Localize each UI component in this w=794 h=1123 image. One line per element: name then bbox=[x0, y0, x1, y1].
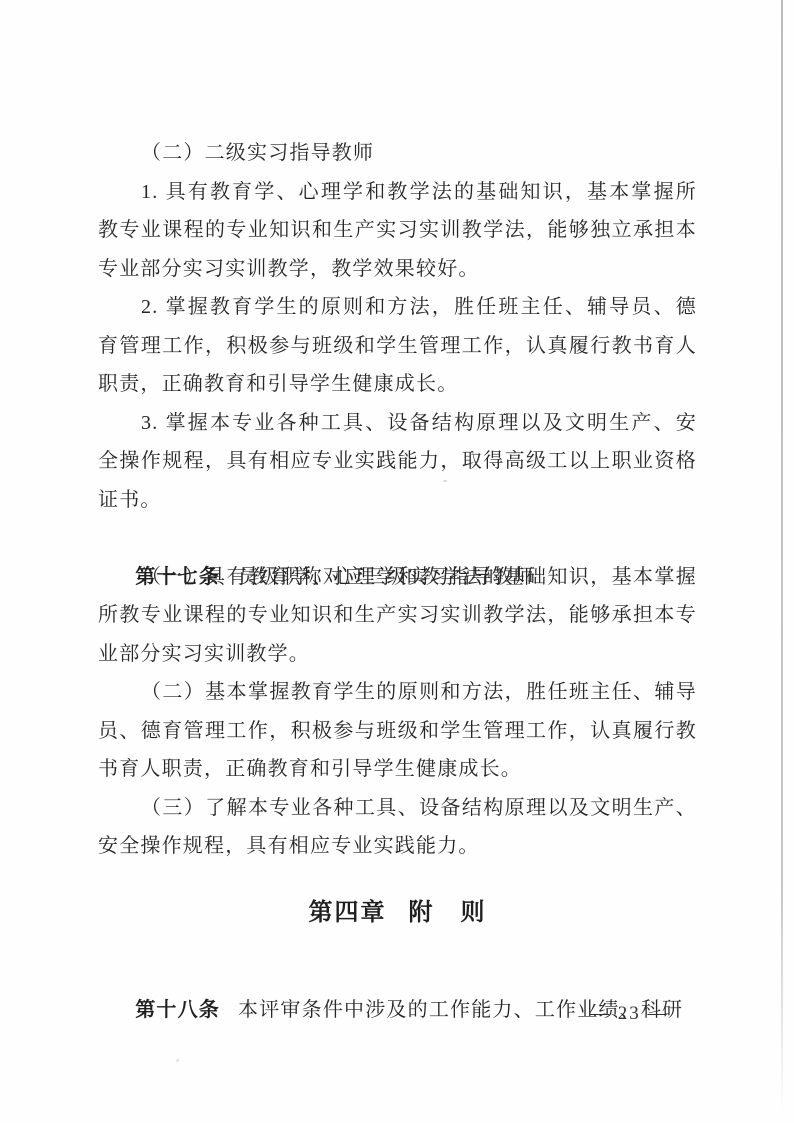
text-line: 教专业课程的专业知识和生产实习实训教学法，能够独立承担本 bbox=[98, 211, 697, 250]
text-line: 安全操作规程，具有相应专业实践能力。 bbox=[98, 827, 697, 866]
text-line: （三）了解本专业各种工具、设备结构原理以及文明生产、 bbox=[98, 789, 697, 828]
chapter-title-char: 则 bbox=[461, 899, 487, 926]
article-18-number: 第十八条 bbox=[135, 999, 220, 1021]
text-line: 所教专业课程的专业知识和生产实习实训教学法，能够承担本专 bbox=[98, 596, 697, 635]
text-line: 员、德育管理工作，积极参与班级和学生管理工作，认真履行教 bbox=[98, 712, 697, 751]
article-18-line: 第十八条本评审条件中涉及的工作能力、工作业绩、科研 bbox=[98, 952, 697, 991]
document-page: （二）二级实习指导教师 1. 具有教育学、心理学和教学法的基础知识，基本掌握所 … bbox=[0, 0, 794, 1123]
text-line: 全操作规程，具有相应专业实践能力，取得高级工以上职业资格 bbox=[98, 442, 697, 481]
text-line: （一）具有教育学、心理学和教学法的基础知识，基本掌握 bbox=[98, 558, 697, 597]
text-line: （二）二级实习指导教师 bbox=[98, 134, 697, 173]
text-line: 证书。 bbox=[98, 481, 697, 520]
text-line: 3. 掌握本专业各种工具、设备结构原理以及文明生产、安 bbox=[98, 404, 697, 443]
page-number: — 23 — bbox=[590, 1003, 669, 1025]
chapter-title-char: 附 bbox=[409, 899, 435, 926]
chapter-4-heading: 第四章附则 bbox=[98, 894, 697, 933]
scan-edge-line bbox=[781, 0, 783, 1114]
text-line: 1. 具有教育学、心理学和教学法的基础知识，基本掌握所 bbox=[98, 173, 697, 212]
text-line: （二）基本掌握教育学生的原则和方法，胜任班主任、辅导 bbox=[98, 673, 697, 712]
article-17-heading-line: 第十七条员级职称对应三级实习指导教师 bbox=[98, 519, 697, 558]
text-line: 专业部分实习实训教学，教学效果较好。 bbox=[98, 250, 697, 289]
text-line: 书育人职责，正确教育和引导学生健康成长。 bbox=[98, 750, 697, 789]
text-line: 业部分实习实训教学。 bbox=[98, 635, 697, 674]
document-body: （二）二级实习指导教师 1. 具有教育学、心理学和教学法的基础知识，基本掌握所 … bbox=[98, 134, 697, 991]
chapter-number: 第四章 bbox=[309, 899, 387, 926]
scan-speck bbox=[176, 1059, 179, 1062]
text-line: 2. 掌握教育学生的原则和方法，胜任班主任、辅导员、德 bbox=[98, 288, 697, 327]
text-line: 职责，正确教育和引导学生健康成长。 bbox=[98, 365, 697, 404]
text-line: 育管理工作，积极参与班级和学生管理工作，认真履行教书育人 bbox=[98, 327, 697, 366]
